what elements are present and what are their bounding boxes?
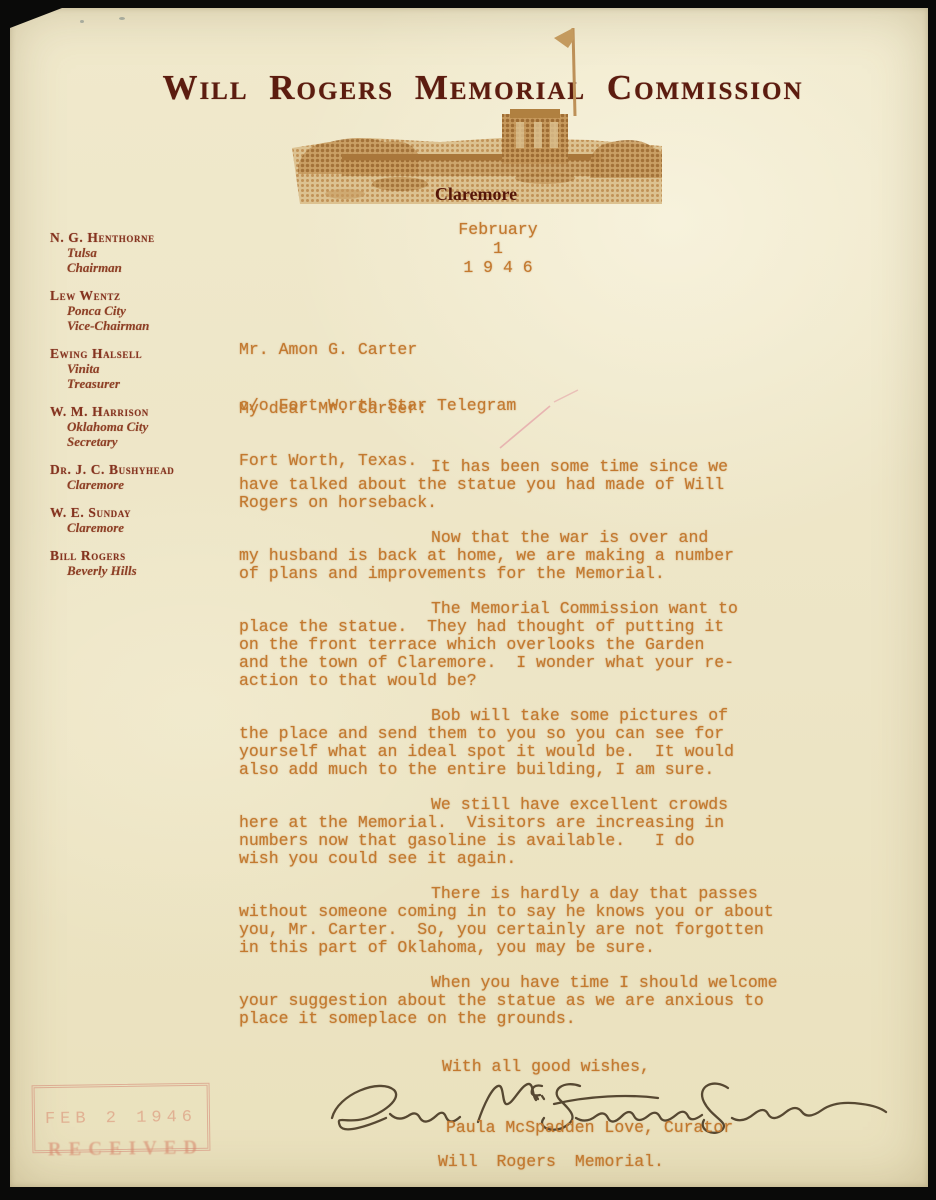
- dust-speck: [119, 17, 125, 20]
- stamp-date: FEB 2 1946: [45, 1107, 197, 1128]
- member-name: Lew Wentz: [50, 288, 235, 303]
- commission-member: Ewing HalsellVinitaTreasurer: [50, 346, 235, 391]
- member-role: Treasurer: [50, 376, 235, 391]
- letter-paragraph: When you have time I should welcome your…: [239, 974, 814, 1028]
- member-city: Beverly Hills: [50, 563, 235, 578]
- letter-paragraph: It has been some time since we have talk…: [239, 458, 814, 512]
- stamp-bottom-text: RECEIVED: [26, 1136, 226, 1162]
- member-city: Claremore: [50, 520, 235, 535]
- member-city: Tulsa: [50, 245, 235, 260]
- member-role: Secretary: [50, 434, 235, 449]
- letter-paper: Will Rogers Memorial Commission: [10, 8, 928, 1187]
- date-month: February: [418, 220, 578, 239]
- illustration-caption: Claremore: [435, 184, 517, 204]
- letter-paragraph: We still have excellent crowds here at t…: [239, 796, 814, 868]
- commission-member: N. G. HenthorneTulsaChairman: [50, 230, 235, 275]
- date-day: 1: [418, 239, 578, 258]
- member-city: Vinita: [50, 361, 235, 376]
- letter-body: My dear Mr. Carter: It has been some tim…: [239, 400, 814, 1028]
- memorial-building-illustration: Claremore: [290, 108, 662, 206]
- member-city: Ponca City: [50, 303, 235, 318]
- member-name: W. M. Harrison: [50, 404, 235, 419]
- member-role: Chairman: [50, 260, 235, 275]
- member-name: N. G. Henthorne: [50, 230, 235, 245]
- flagpole-illustration: [548, 20, 596, 116]
- dust-speck: [80, 20, 84, 23]
- commission-member: W. E. SundayClaremore: [50, 505, 235, 535]
- commission-member: Bill RogersBeverly Hills: [50, 548, 235, 578]
- commission-member: Lew WentzPonca CityVice-Chairman: [50, 288, 235, 333]
- member-role: Vice-Chairman: [50, 318, 235, 333]
- member-name: W. E. Sunday: [50, 505, 235, 520]
- paper-corner-tear: [10, 8, 62, 28]
- recipient-name: Mr. Amon G. Carter: [239, 341, 516, 360]
- letter-paragraph: Now that the war is over and my husband …: [239, 529, 814, 583]
- letter-paragraph: There is hardly a day that passes withou…: [239, 885, 814, 957]
- letter-paragraph: Bob will take some pictures of the place…: [239, 707, 814, 779]
- letter-paragraph: The Memorial Commission want to place th…: [239, 600, 814, 690]
- typed-signature: Paula McSpadden Love, Curator: [446, 1118, 733, 1137]
- sidebar-member-list: N. G. HenthorneTulsaChairmanLew WentzPon…: [50, 230, 235, 591]
- commission-member: W. M. HarrisonOklahoma CitySecretary: [50, 404, 235, 449]
- date-year: 1 9 4 6: [418, 258, 578, 277]
- member-city: Oklahoma City: [50, 419, 235, 434]
- scanned-letter: Will Rogers Memorial Commission: [0, 0, 936, 1200]
- pencil-scratch-mark: [488, 384, 598, 456]
- member-city: Claremore: [50, 477, 235, 492]
- organization-line: Will Rogers Memorial.: [438, 1152, 664, 1171]
- letter-paragraphs: It has been some time since we have talk…: [239, 458, 814, 1028]
- member-name: Bill Rogers: [50, 548, 235, 563]
- commission-member: Dr. J. C. BushyheadClaremore: [50, 462, 235, 492]
- member-name: Ewing Halsell: [50, 346, 235, 361]
- date-block: February 1 1 9 4 6: [418, 220, 578, 277]
- letterhead-title: Will Rogers Memorial Commission: [10, 68, 928, 108]
- member-name: Dr. J. C. Bushyhead: [50, 462, 235, 477]
